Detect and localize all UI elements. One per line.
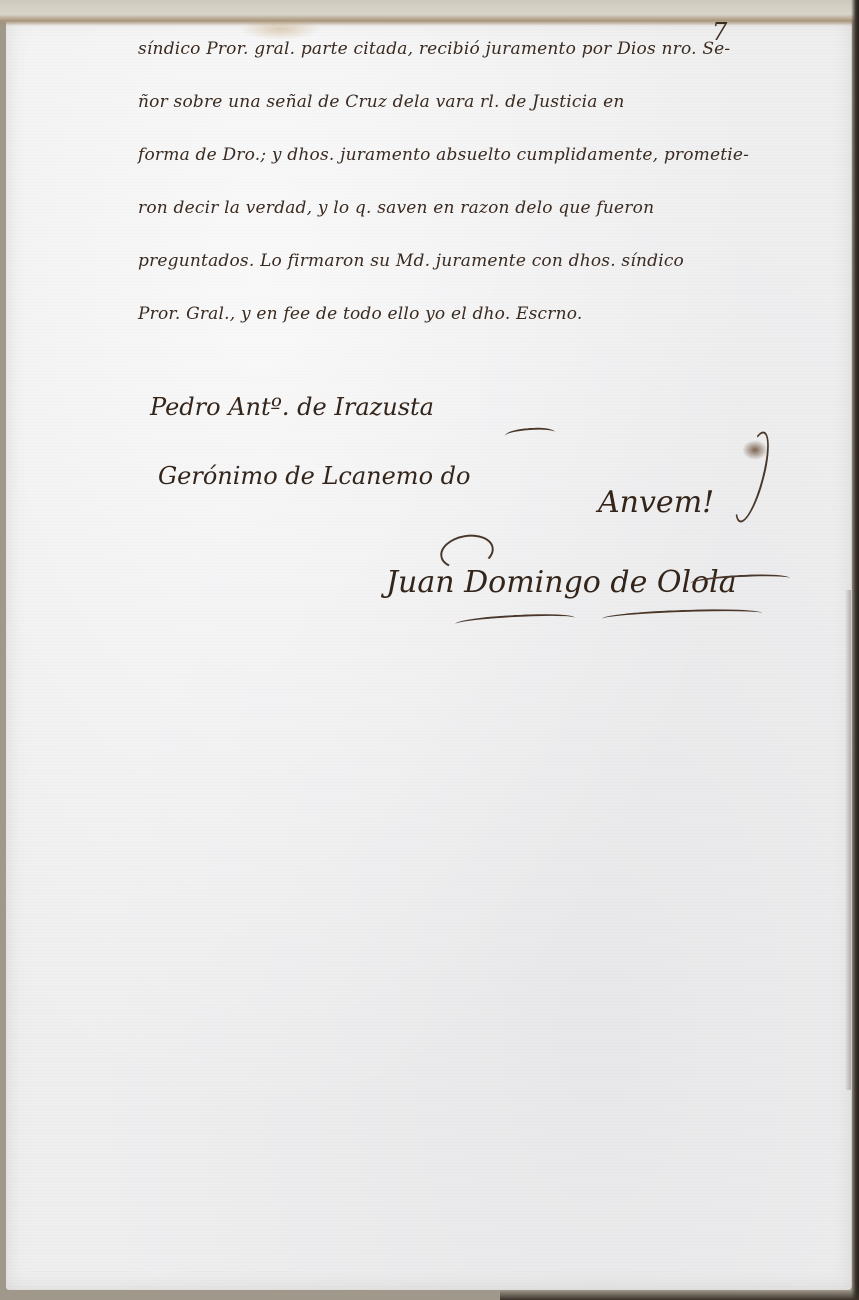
torn-top-edge xyxy=(0,0,859,26)
manuscript-line: síndico Pror. gral. parte citada, recibi… xyxy=(138,38,828,91)
manuscript-line: forma de Dro.; y dhos. juramento absuelt… xyxy=(138,144,828,197)
scanned-document: 7 síndico Pror. gral. parte citada, reci… xyxy=(0,0,859,1300)
manuscript-line: preguntados. Lo firmaron su Md. jurament… xyxy=(138,250,828,303)
page-fold xyxy=(845,590,851,1090)
manuscript-line: ron decir la verdad, y lo q. saven en ra… xyxy=(138,197,828,250)
manuscript-line: Pror. Gral., y en fee de todo ello yo el… xyxy=(138,303,828,356)
water-stain xyxy=(240,18,320,40)
ink-blot xyxy=(742,440,768,460)
manuscript-line: ñor sobre una señal de Cruz dela vara rl… xyxy=(138,91,828,144)
torn-bottom-edge xyxy=(500,1290,859,1300)
page-right-edge xyxy=(851,0,859,1300)
manuscript-body: síndico Pror. gral. parte citada, recibi… xyxy=(138,38,828,356)
